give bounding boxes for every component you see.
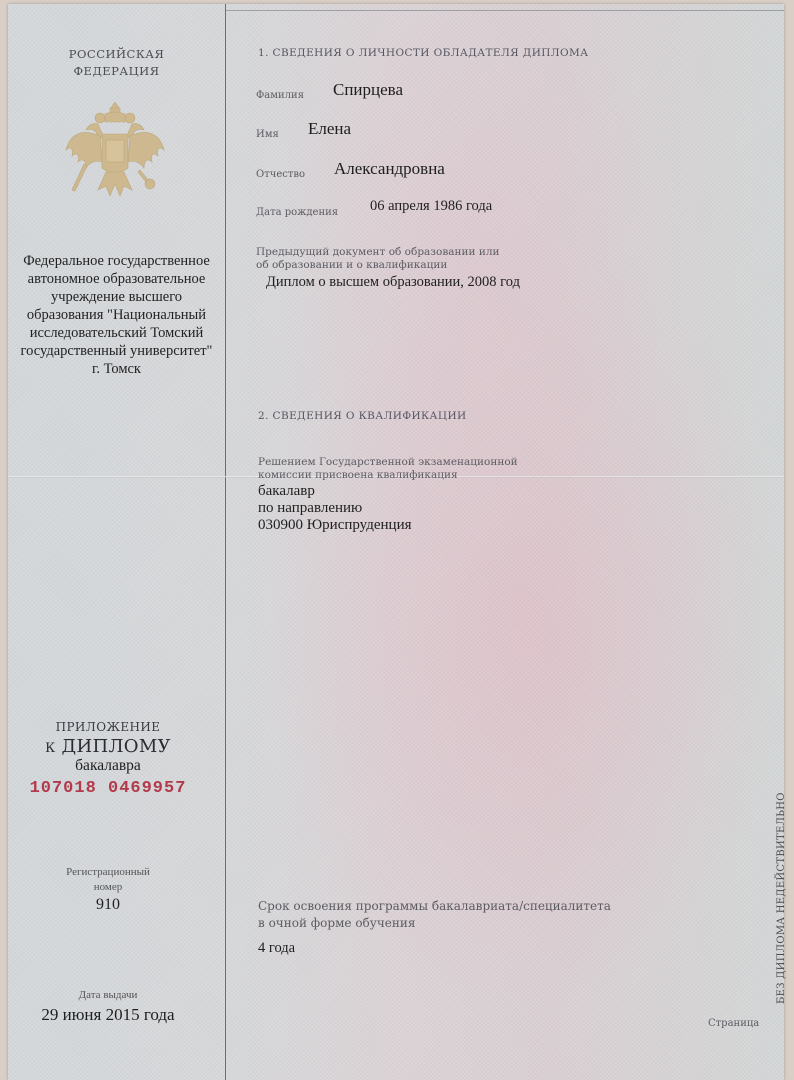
name-label: Имя	[256, 129, 279, 140]
organization-name: Федеральное государственное автономное о…	[8, 252, 225, 378]
organization-city: г. Томск	[8, 360, 225, 378]
registration-number: 910	[8, 896, 208, 914]
study-duration-label: Срок освоения программы бакалавриата/спе…	[258, 898, 611, 932]
duration-label-line-1: Срок освоения программы бакалавриата/спе…	[258, 898, 611, 915]
appendix-title-line-1: ПРИЛОЖЕНИЕ	[8, 720, 208, 734]
direction-label: по направлению	[258, 500, 412, 517]
previous-document-label: Предыдущий документ об образовании или о…	[256, 246, 500, 272]
appendix-title-block: ПРИЛОЖЕНИЕ К ДИПЛОМУ бакалавра 107018 04…	[8, 720, 208, 798]
surname-label: Фамилия	[256, 90, 304, 101]
diploma-appendix-page: РОССИЙСКАЯ ФЕДЕРАЦИЯ	[8, 4, 784, 1080]
section-2-heading: 2. СВЕДЕНИЯ О КВАЛИФИКАЦИИ	[258, 410, 467, 422]
organization-line: учреждение высшего	[8, 288, 225, 306]
decision-label-line-2: комиссии присвоена квалификация	[258, 469, 518, 482]
duration-label-line-2: в очной форме обучения	[258, 915, 611, 932]
country-line-2: ФЕДЕРАЦИЯ	[8, 63, 225, 80]
decision-label-line-1: Решением Государственной экзаменационной	[258, 456, 518, 469]
issue-date: 29 июня 2015 года	[8, 1005, 208, 1025]
section-1-heading: 1. СВЕДЕНИЯ О ЛИЧНОСТИ ОБЛАДАТЕЛЯ ДИПЛОМ…	[258, 47, 588, 59]
appendix-title-line-2: К ДИПЛОМУ	[8, 736, 208, 757]
registration-label-line-2: номер	[8, 881, 208, 893]
previous-document-label-line-1: Предыдущий документ об образовании или	[256, 246, 500, 259]
direction-value: 030900 Юриспруденция	[258, 517, 412, 534]
appendix-degree: бакалавра	[8, 757, 208, 775]
name-value: Елена	[308, 119, 351, 139]
patronymic-label: Отчество	[256, 169, 305, 180]
registration-block: Регистрационный номер 910	[8, 866, 208, 914]
organization-line: государственный университет"	[8, 342, 225, 360]
country-line-1: РОССИЙСКАЯ	[8, 46, 225, 63]
previous-document-label-line-2: об образовании и о квалификации	[256, 259, 500, 272]
study-duration-value: 4 года	[258, 940, 295, 957]
page-label: Страница	[708, 1018, 759, 1029]
issue-date-block: Дата выдачи 29 июня 2015 года	[8, 989, 208, 1025]
previous-document-value: Диплом о высшем образовании, 2008 год	[266, 274, 520, 291]
appendix-title-prefix: К	[45, 741, 55, 756]
organization-line: Федеральное государственное	[8, 252, 225, 270]
issue-date-label: Дата выдачи	[8, 989, 208, 1001]
column-divider	[225, 4, 226, 1080]
appendix-title-main: ДИПЛОМУ	[62, 736, 171, 757]
double-headed-eagle-icon	[60, 98, 170, 218]
organization-line: образования "Национальный	[8, 306, 225, 324]
registration-label-line-1: Регистрационный	[8, 866, 208, 878]
organization-line: автономное образовательное	[8, 270, 225, 288]
validity-note: БЕЗ ДИПЛОМА НЕДЕЙСТВИТЕЛЬНО	[776, 792, 787, 1004]
top-rule	[225, 10, 784, 11]
organization-line: исследовательский Томский	[8, 324, 225, 342]
birthdate-label: Дата рождения	[256, 207, 338, 218]
qualification-decision-label: Решением Государственной экзаменационной…	[258, 456, 518, 482]
serial-number: 107018 0469957	[8, 779, 208, 798]
qualification-value: бакалавр	[258, 483, 412, 500]
country-title: РОССИЙСКАЯ ФЕДЕРАЦИЯ	[8, 46, 225, 80]
surname-value: Спирцева	[333, 80, 403, 100]
patronymic-value: Александровна	[334, 159, 445, 179]
birthdate-value: 06 апреля 1986 года	[370, 198, 492, 215]
qualification-block: бакалавр по направлению 030900 Юриспруде…	[258, 483, 412, 534]
